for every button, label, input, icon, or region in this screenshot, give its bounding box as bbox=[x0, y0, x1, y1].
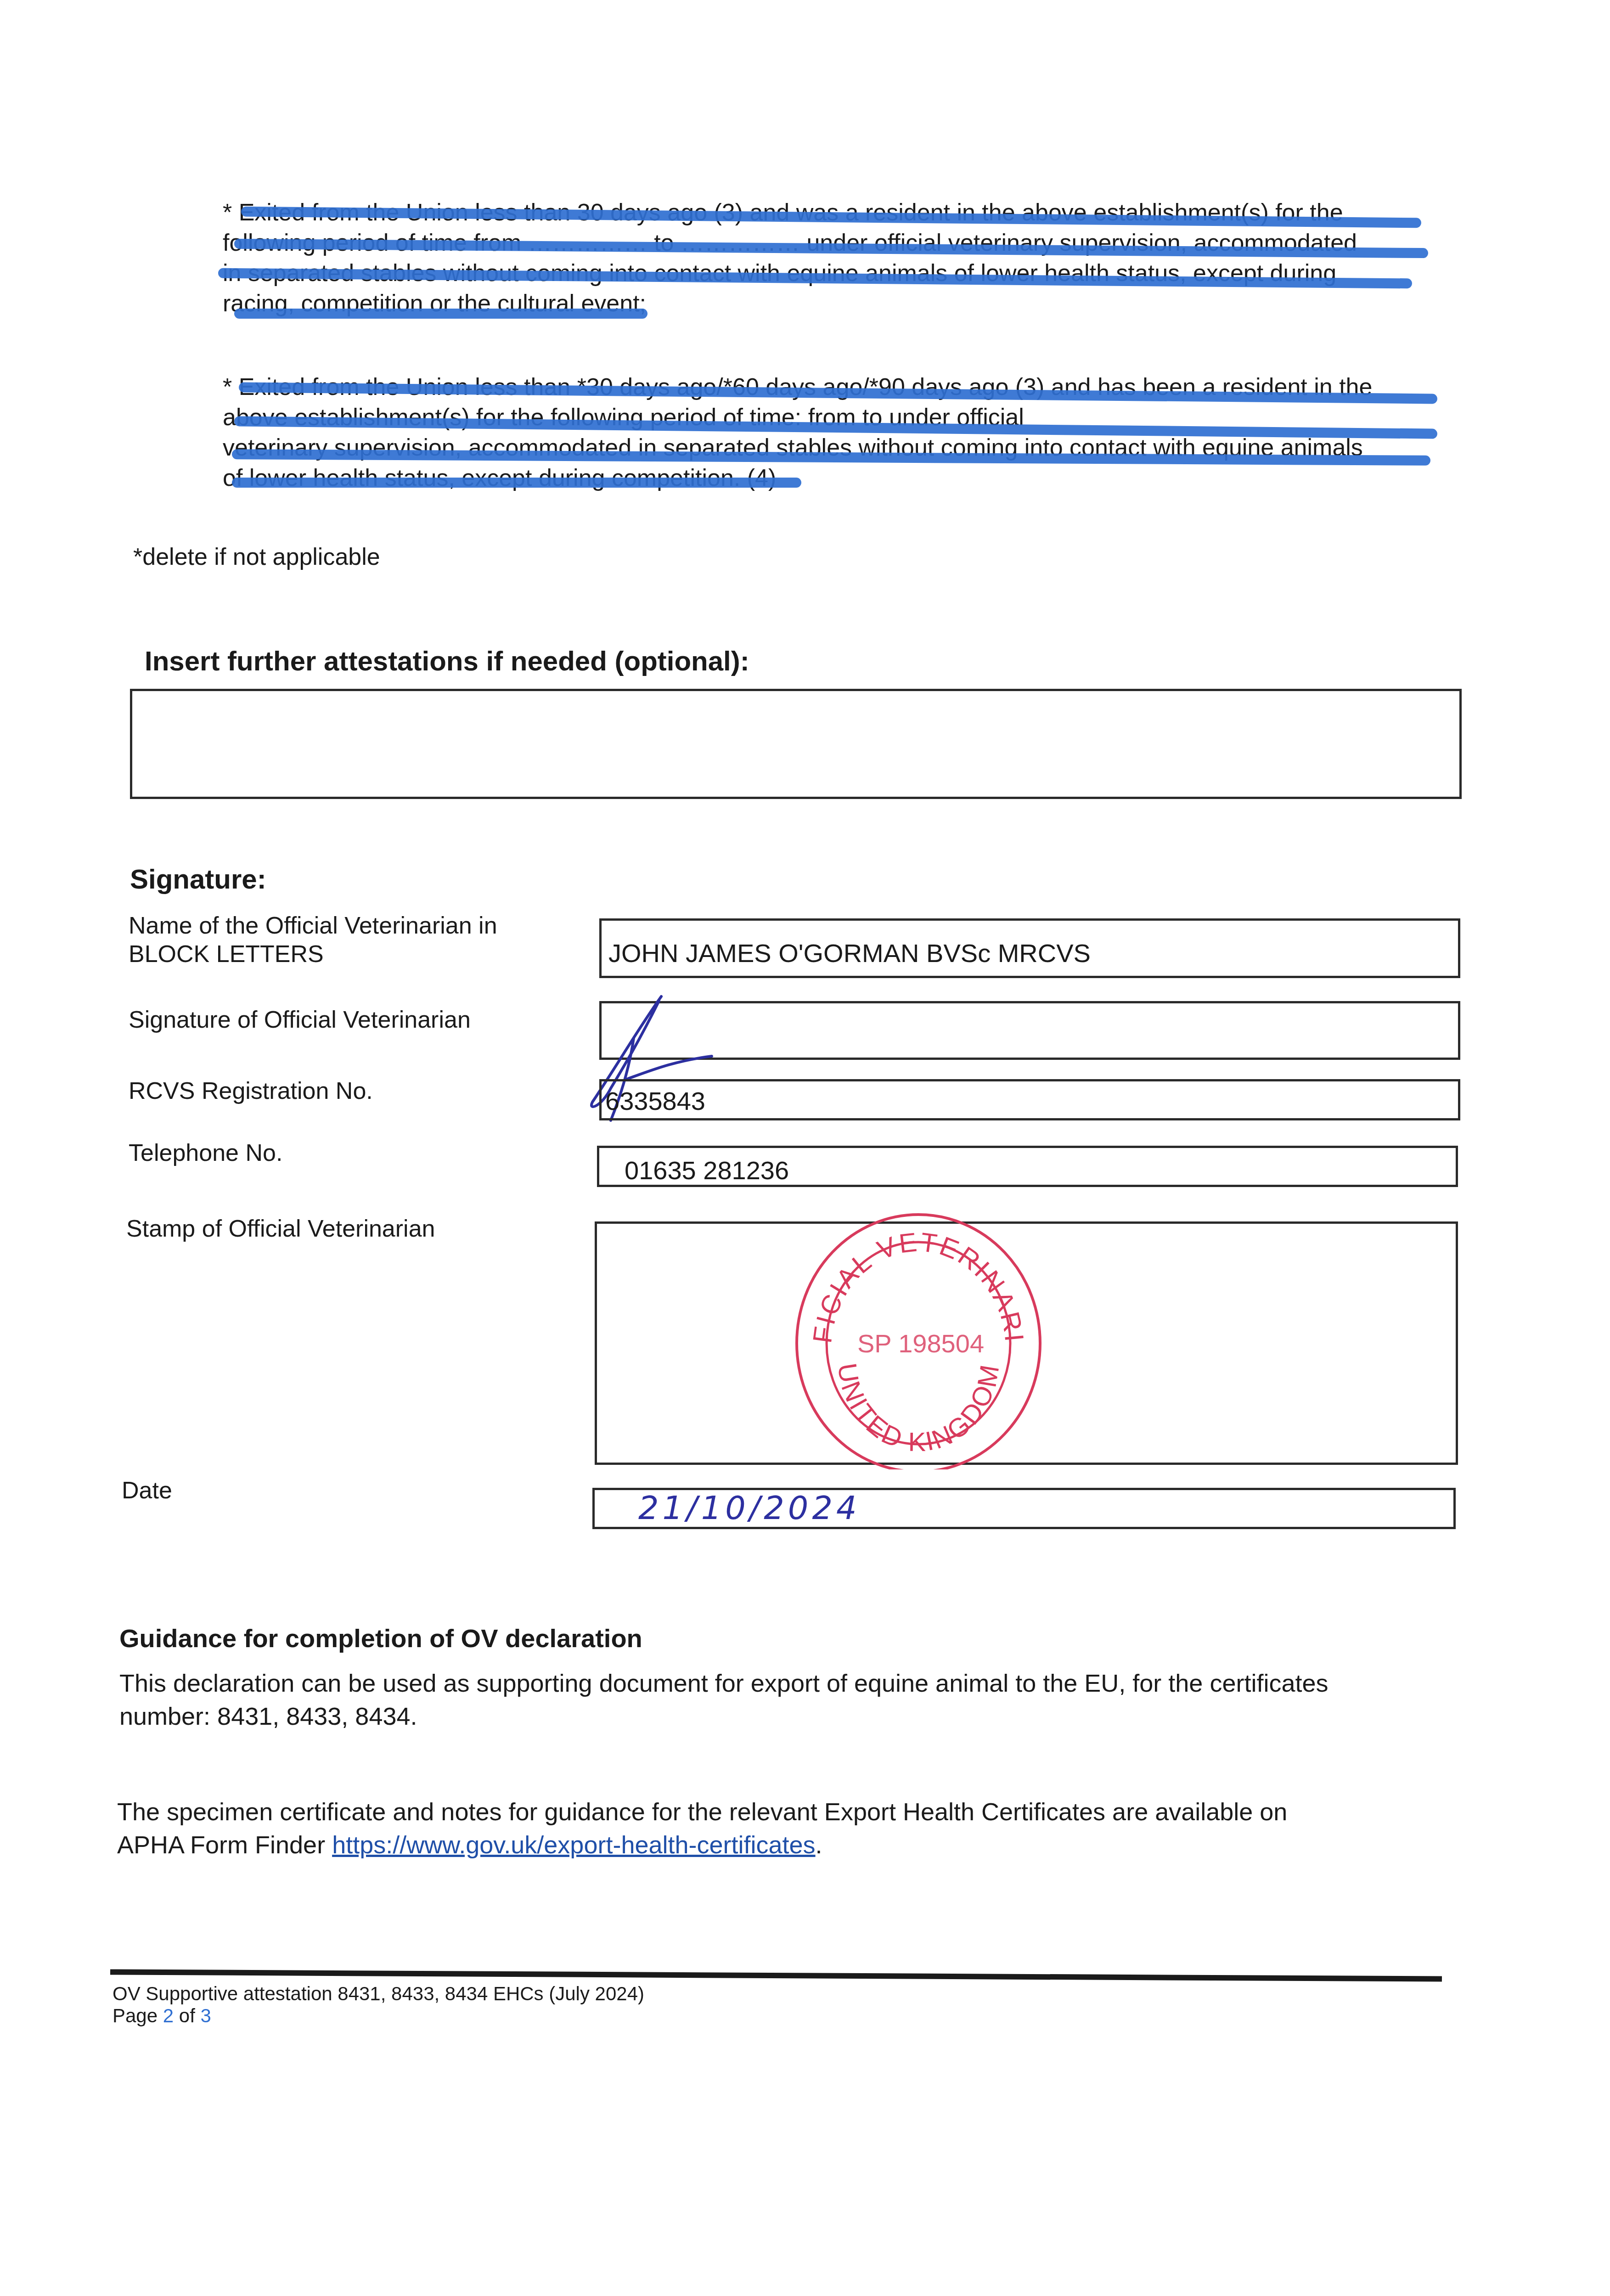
name-label: Name of the Official Veterinarian in BLO… bbox=[129, 912, 497, 968]
signature-label: Signature of Official Veterinarian bbox=[129, 1006, 471, 1034]
name-field[interactable]: JOHN JAMES O'GORMAN BVSc MRCVS bbox=[599, 918, 1460, 978]
signature-heading: Signature: bbox=[130, 863, 266, 895]
telephone-value: 01635 281236 bbox=[625, 1156, 789, 1185]
stamp-number: SP 198504 bbox=[857, 1329, 984, 1358]
date-value: 21/10/2024 bbox=[638, 1494, 860, 1522]
telephone-field[interactable]: 01635 281236 bbox=[597, 1146, 1458, 1187]
footer-title: OV Supportive attestation 8431, 8433, 84… bbox=[113, 1983, 644, 2005]
date-field[interactable]: 21/10/2024 bbox=[592, 1488, 1456, 1529]
page-indicator: Page 2 of 3 bbox=[113, 2005, 644, 2027]
footer: OV Supportive attestation 8431, 8433, 84… bbox=[113, 1983, 644, 2027]
further-attestations-heading: Insert further attestations if needed (o… bbox=[145, 645, 749, 677]
footer-divider bbox=[110, 1969, 1442, 1981]
page-current: 2 bbox=[163, 2005, 174, 2026]
stamp-label: Stamp of Official Veterinarian bbox=[126, 1215, 435, 1243]
svg-text:UNITED KINGDOM: UNITED KINGDOM bbox=[832, 1361, 1005, 1458]
official-veterinarian-stamp: OFFICIAL VETERINARIAN UNITED KINGDOM SP … bbox=[790, 1212, 1047, 1469]
rcvs-label: RCVS Registration No. bbox=[129, 1077, 373, 1105]
export-health-certificates-link[interactable]: https://www.gov.uk/export-health-certifi… bbox=[332, 1831, 815, 1859]
guidance-paragraph-2: The specimen certificate and notes for g… bbox=[117, 1795, 1495, 1862]
further-attestations-field[interactable] bbox=[130, 689, 1462, 799]
stamp-bottom-text: UNITED KINGDOM bbox=[832, 1361, 1005, 1458]
name-value: JOHN JAMES O'GORMAN BVSc MRCVS bbox=[608, 939, 1091, 968]
rcvs-value: 6335843 bbox=[605, 1087, 705, 1115]
rcvs-field[interactable]: 6335843 bbox=[599, 1079, 1460, 1120]
guidance-paragraph-1: This declaration can be used as supporti… bbox=[119, 1667, 1497, 1733]
telephone-label: Telephone No. bbox=[129, 1139, 282, 1167]
page-total: 3 bbox=[201, 2005, 211, 2026]
strike-line bbox=[232, 478, 801, 488]
date-label: Date bbox=[122, 1476, 172, 1505]
stamp-top-text: OFFICIAL VETERINARIAN bbox=[790, 1212, 1030, 1345]
guidance-heading: Guidance for completion of OV declaratio… bbox=[119, 1623, 642, 1653]
delete-note: *delete if not applicable bbox=[133, 542, 380, 572]
svg-text:OFFICIAL VETERINARIAN: OFFICIAL VETERINARIAN bbox=[790, 1212, 1030, 1345]
strike-line bbox=[234, 309, 647, 319]
